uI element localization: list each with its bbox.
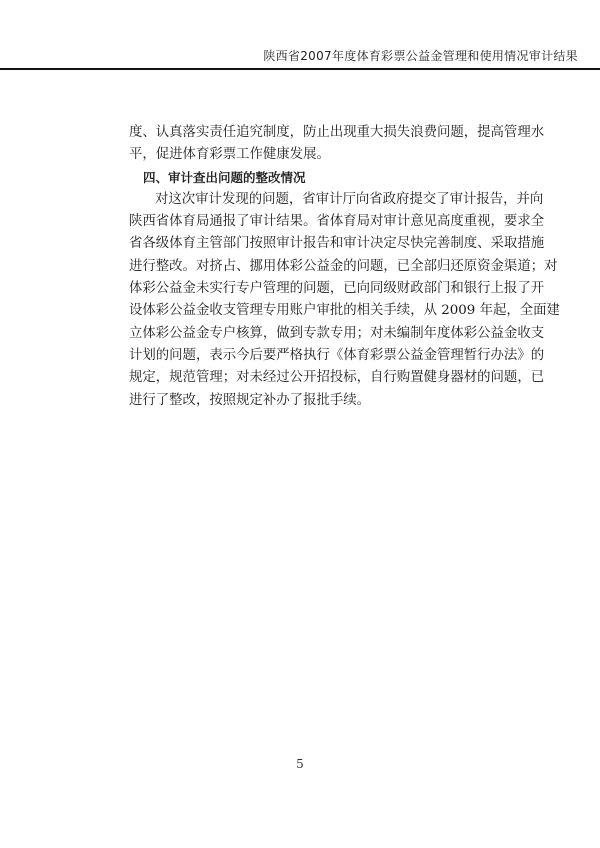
paragraph: 对这次审计发现的问题，省审计厅向省政府提交了审计报告，并向 陕西省体育局通报了审… [129,189,481,412]
text-line: 进行整改。对挤占、挪用体彩公益金的问题，已全部归还原资金渠道；对 [129,256,481,278]
section-heading: 四、审计查出问题的整改情况 [129,167,481,189]
header-divider [0,68,600,70]
text-line: 设体彩公益金收支管理专用账户审批的相关手续，从 2009 年起，全面建 [129,300,481,322]
page-number: 5 [0,757,600,771]
text-line: 陕西省体育局通报了审计结果。省体育局对审计意见高度重视，要求全 [129,211,481,233]
text-line: 体彩公益金未实行专户管理的问题，已向同级财政部门和银行上报了开 [129,278,481,300]
text-line: 省各级体育主管部门按照审计报告和审计决定尽快完善制度、采取措施 [129,233,481,255]
text-line: 度、认真落实责任追究制度，防止出现重大损失浪费问题，提高管理水 [129,122,481,144]
text-line: 立体彩公益金专户核算，做到专款专用；对未编制年度体彩公益金收支 [129,323,481,345]
text-line: 规定，规范管理；对未经过公开招投标，自行购置健身器材的问题，已 [129,367,481,389]
text-line: 平，促进体育彩票工作健康发展。 [129,144,481,166]
text-line: 进行了整改，按照规定补办了报批手续。 [129,390,481,412]
document-body: 度、认真落实责任追究制度，防止出现重大损失浪费问题，提高管理水 平，促进体育彩票… [129,122,481,412]
header-title: 陕西省2007年度体育彩票公益金管理和使用情况审计结果 [263,47,578,64]
continued-paragraph: 度、认真落实责任追究制度，防止出现重大损失浪费问题，提高管理水 平，促进体育彩票… [129,122,481,167]
text-line: 对这次审计发现的问题，省审计厅向省政府提交了审计报告，并向 [129,189,481,211]
text-line: 计划的问题，表示今后要严格执行《体育彩票公益金管理暂行办法》的 [129,345,481,367]
